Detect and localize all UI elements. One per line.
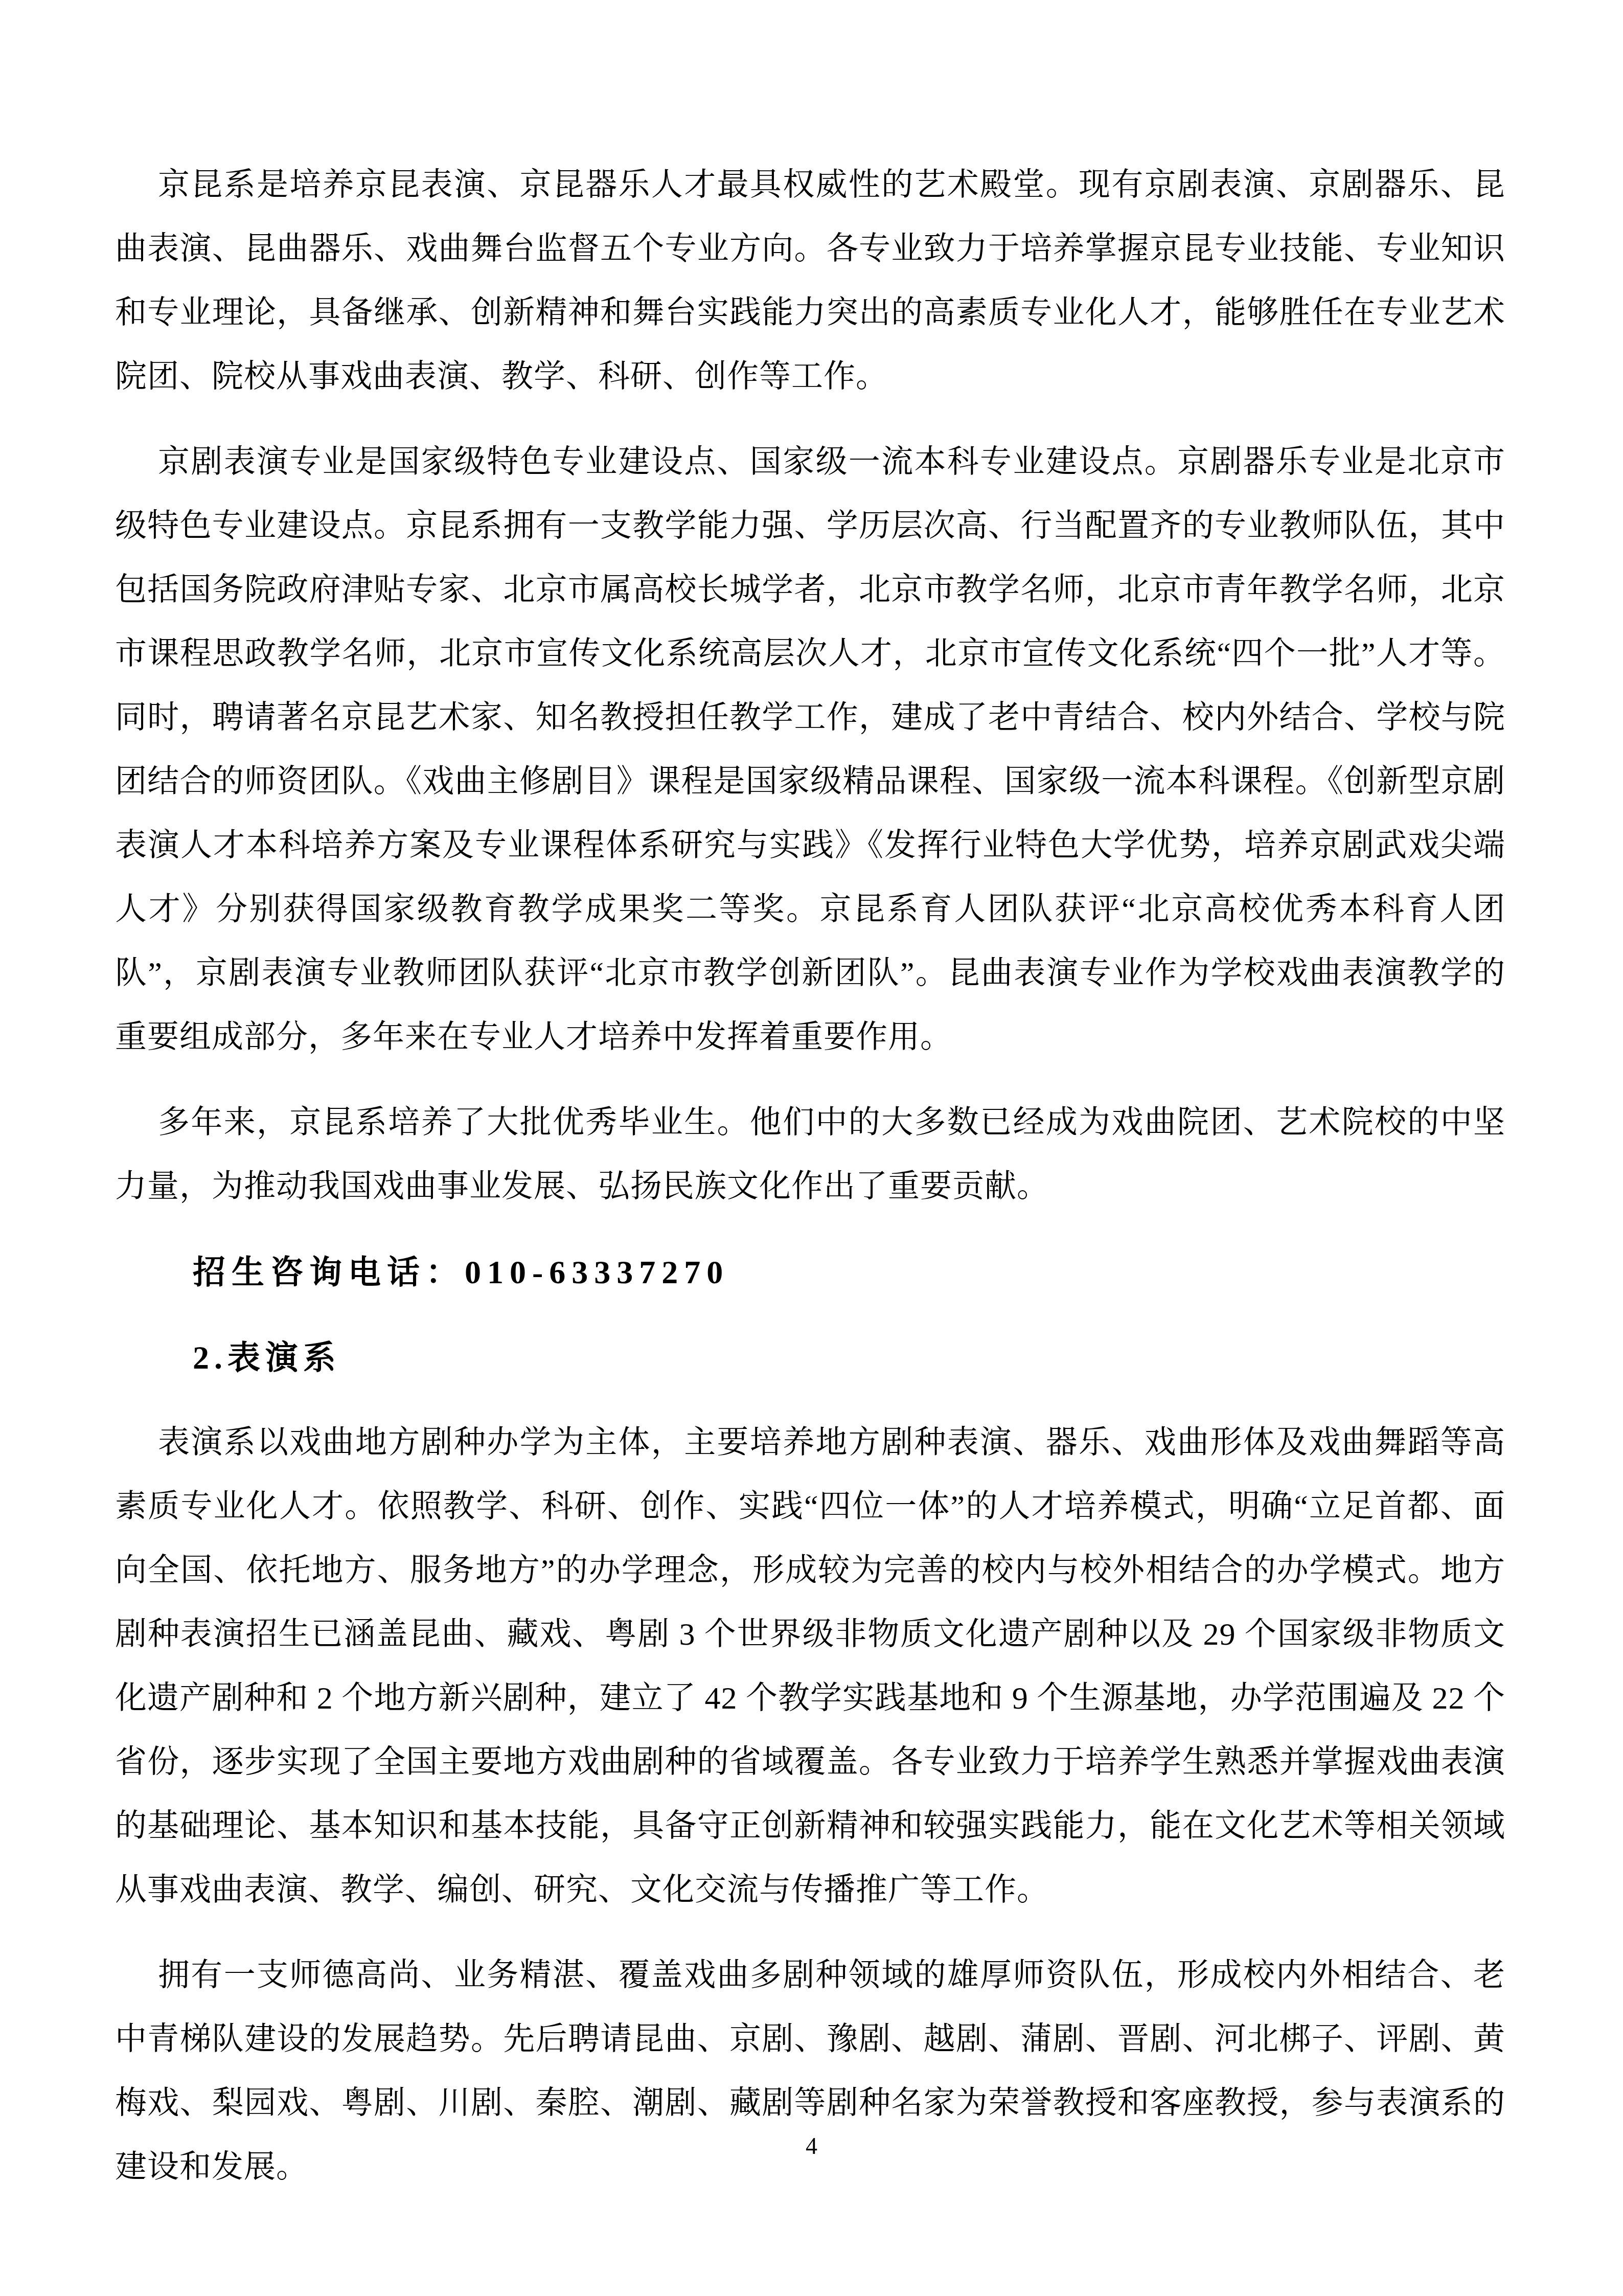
paragraph-jingkun-dept-graduates: 多年来，京昆系培养了大批优秀毕业生。他们中的大多数已经成为戏曲院团、艺术院校的中… xyxy=(115,1091,1505,1219)
admissions-phone-line: 招生咨询电话：010-63337270 xyxy=(115,1240,1505,1304)
page-number: 4 xyxy=(0,2131,1623,2162)
document-body: 京昆系是培养京昆表演、京昆器乐人才最具权威性的艺术殿堂。现有京剧表演、京剧器乐、… xyxy=(115,153,1505,2221)
paragraph-performance-dept-intro: 表演系以戏曲地方剧种办学为主体，主要培养地方剧种表演、器乐、戏曲形体及戏曲舞蹈等… xyxy=(115,1411,1505,1922)
document-page: 京昆系是培养京昆表演、京昆器乐人才最具权威性的艺术殿堂。现有京剧表演、京剧器乐、… xyxy=(0,0,1623,2296)
paragraph-jingkun-dept-majors-achievements: 京剧表演专业是国家级特色专业建设点、国家级一流本科专业建设点。京剧器乐专业是北京… xyxy=(115,430,1505,1070)
paragraph-jingkun-dept-intro: 京昆系是培养京昆表演、京昆器乐人才最具权威性的艺术殿堂。现有京剧表演、京剧器乐、… xyxy=(115,153,1505,409)
section-heading-performance-dept: 2.表演系 xyxy=(115,1326,1505,1390)
